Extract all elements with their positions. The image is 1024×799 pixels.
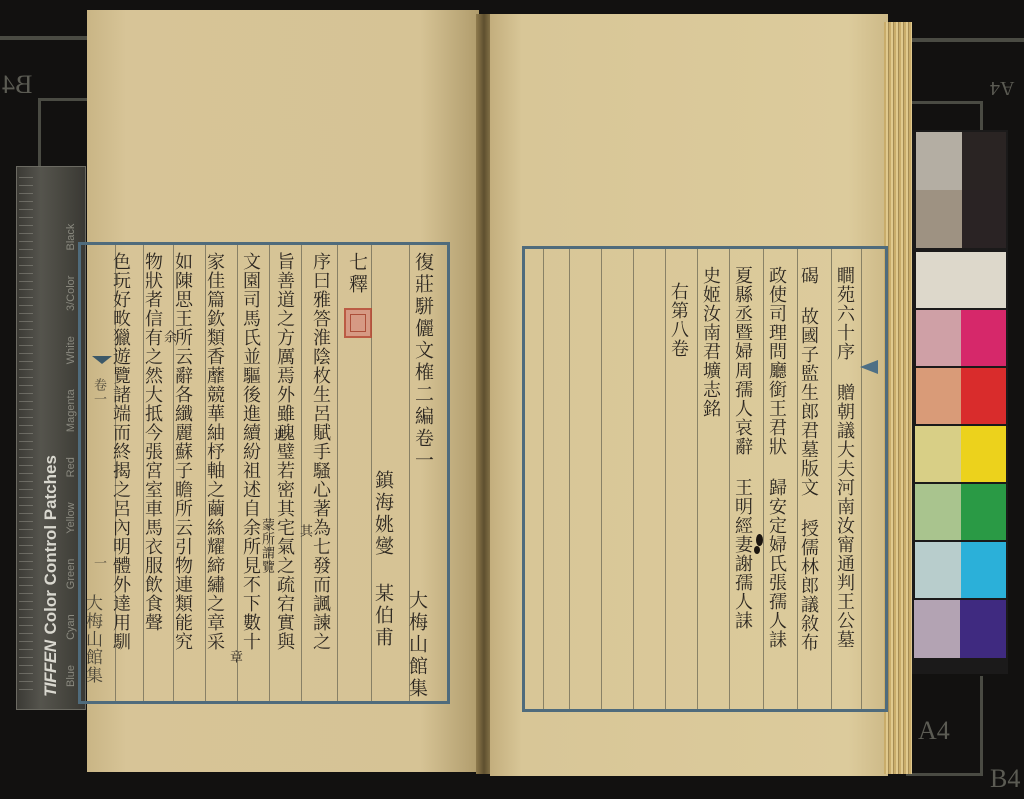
red-seal-stamp — [344, 308, 372, 338]
page-tab-marker — [860, 360, 878, 374]
ruler-ticks — [19, 177, 33, 697]
tiffen-ruler: TIFFENColor Control Patches Blue Cyan Gr… — [16, 166, 86, 710]
ink-blot — [756, 534, 763, 546]
body-column-5: 如陳思王所云辭各纖麗蘇子瞻所云引物連類能究 — [170, 252, 194, 651]
toc-column-2: 碣 故國子監生郎君墓版文 授儒林郎議敘布 — [796, 266, 820, 652]
book-title-column: 復莊駢儷文榷二編卷一 — [410, 252, 436, 472]
toc-column-1: 瞷苑六十序 贈朝議大夫河南汝甯通判王公墓 — [832, 266, 856, 649]
board-grid-line — [980, 676, 983, 776]
toc-column-5: 史姬汝南君壙志銘 — [698, 266, 722, 418]
patch-magenta — [961, 310, 1006, 366]
column-rule — [543, 249, 544, 709]
marginal-note: 蒙所謂覽 — [258, 518, 274, 574]
fore-edge-collection: 大梅山館集 — [82, 594, 102, 684]
column-rule — [861, 249, 862, 709]
board-label-b4: B4 — [990, 764, 1020, 794]
body-column-2: 旨善道之方厲焉外雖瑰璧若密其宅氣之疏宕實與 — [272, 252, 296, 651]
patch-green — [961, 484, 1006, 540]
body-column-7: 色玩好畋獵遊覽諸端而終揭之呂內明體外達用馴 — [108, 252, 132, 651]
column-rule — [269, 245, 270, 701]
toc-column-6: 右第八卷 — [666, 282, 690, 358]
color-checker — [912, 130, 1008, 674]
board-grid-line — [910, 38, 1024, 42]
column-rule — [601, 249, 602, 709]
patch-gray-light — [916, 132, 962, 190]
ruler-label: TIFFENColor Control Patches — [41, 455, 61, 697]
ruler-brand: TIFFEN — [41, 641, 60, 698]
patch-black-2 — [962, 190, 1006, 248]
patch-red-light — [916, 368, 961, 424]
board-label-a4: A4 — [918, 716, 950, 746]
ink-blot — [754, 546, 760, 554]
toc-column-3: 政使司理問廳銜王君狀 歸安定婦氏張孺人誄 — [764, 266, 788, 649]
body-column-4: 家佳篇欽類香蘼競華紬杼軸之繭絲耀締繡之章采 — [202, 252, 226, 651]
board-grid-line — [980, 101, 983, 131]
board-grid-line — [38, 98, 88, 101]
marginal-note: 進 — [270, 428, 286, 442]
patch-cyan — [961, 542, 1006, 598]
toc-column-4: 夏縣丞暨婦周孺人哀辭 王明經妻謝孺人誄 — [730, 266, 754, 630]
marginal-note: 余 — [160, 330, 176, 344]
board-grid-line — [906, 773, 983, 776]
collection-column: 大梅山館集 — [404, 590, 430, 700]
author-column: 鎮海姚燮 某伯甫 — [370, 470, 396, 649]
column-rule — [301, 245, 302, 701]
board-grid-line — [0, 36, 90, 40]
board-grid-line — [910, 101, 982, 104]
patch-blue — [960, 600, 1006, 658]
ruler-title: Color Control Patches — [41, 455, 60, 634]
fore-edge-page-number: 一 — [90, 556, 106, 570]
patch-black — [962, 132, 1006, 190]
body-column-1: 序曰雅答淮陰枚生呂賦手騷心著為七發而諷諫之 — [308, 252, 332, 651]
marginal-note: 章 — [226, 650, 242, 664]
body-column-6: 物狀者信有之然大抵今張宮室車馬衣服飲食聲 — [140, 252, 164, 632]
section-title: 七釋 — [344, 252, 370, 296]
ruler-patch-names: Blue Cyan Green Yellow Red Magenta White… — [65, 224, 77, 687]
patch-gray-mid — [916, 190, 962, 248]
patch-cyan-light — [915, 542, 961, 598]
column-rule — [337, 245, 338, 701]
fore-edge-juan: 卷一 — [90, 378, 106, 406]
patch-white — [916, 252, 1006, 308]
patch-red — [961, 368, 1006, 424]
patch-yellow — [961, 426, 1006, 482]
board-label-b4: B4 — [2, 70, 32, 100]
board-grid-line — [38, 98, 41, 168]
column-rule — [569, 249, 570, 709]
patch-yellow-light — [915, 426, 961, 482]
patch-magenta-light — [916, 310, 961, 366]
page-edges — [884, 22, 912, 774]
patch-green-light — [915, 484, 961, 540]
body-column-3: 文園司馬氏並驅後進續紛祖述自余所見不下數十 — [238, 252, 262, 651]
patch-blue-light — [914, 600, 960, 658]
column-rule — [633, 249, 634, 709]
marginal-note: 其 — [296, 524, 312, 538]
board-label-a4: A4 — [990, 76, 1014, 99]
